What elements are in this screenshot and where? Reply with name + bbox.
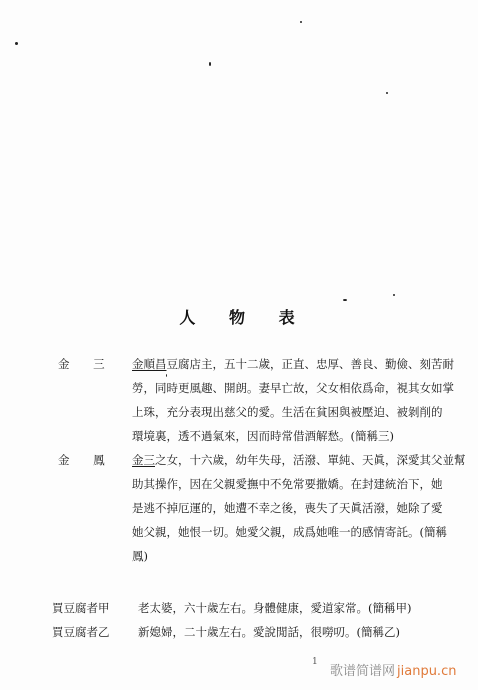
scan-speck [15,42,18,45]
watermark: 歌谱简谱网jianpu.cn [330,660,456,679]
character-description: 金順昌豆腐店主，五十二歲，正直、忠厚、善良、勤儉、刻苦耐 勞，同時更風趣、開朗。… [132,352,468,448]
character-name: 金 三 [58,352,115,376]
page-title: 人 物 表 [0,305,478,328]
scanned-page: 人 物 表 金 三 金順昌豆腐店主，五十二歲，正直、忠厚、善良、勤儉、刻苦耐 勞… [0,0,478,690]
watermark-english: jianpu.cn [397,664,456,679]
scan-speck [300,21,302,23]
description-line: 是逃不掉厄運的，她遭不幸之後，喪失了天眞活潑，她除了愛 [132,496,468,520]
description-line: 金順昌豆腐店主，五十二歲，正直、忠厚、善良、勤儉、刻苦耐 [132,352,468,376]
watermark-chinese: 歌谱简谱网 [330,664,395,679]
character-description: 老太婆，六十歲左右。身體健康，愛道家常。(簡稱甲) [138,596,474,620]
scan-speck [343,299,347,301]
description-line: 金三之女，十六歲，幼年失母，活潑、單純、天眞，深愛其父並幫 [132,448,468,472]
description-line: 鳳) [132,544,468,568]
description-line: 她父親，她恨一切。她愛父親，成爲她唯一的感情寄託。(簡稱 [132,520,468,544]
description-line: 老太婆，六十歲左右。身體健康，愛道家常。(簡稱甲) [138,596,474,620]
scan-speck [386,92,388,94]
character-description: 新媳婦，二十歲左右。愛說閒話，很嘮叨。(簡稱乙) [138,620,474,644]
character-name: 買豆腐者甲 [52,596,110,620]
character-name: 金 鳳 [58,448,115,472]
underlined-name: 金順昌 [132,357,167,371]
character-name: 買豆腐者乙 [52,620,110,644]
character-description: 金三之女，十六歲，幼年失母，活潑、單純、天眞，深愛其父並幫 助其操作，因在父親愛… [132,448,468,568]
description-line: 助其操作，因在父親愛撫中不免常要撒嬌。在封建統治下，她 [132,472,468,496]
description-line: 上珠，充分表現出慈父的愛。生活在貧困與被壓迫、被剝削的 [132,400,468,424]
description-line: 勞，同時更風趣、開朗。妻早亡故，父女相依爲命，視其女如掌 [132,376,468,400]
scan-speck [393,294,395,296]
underlined-name: 金三 [132,453,155,467]
scan-speck [209,62,211,66]
description-line: 新媳婦，二十歲左右。愛說閒話，很嘮叨。(簡稱乙) [138,620,474,644]
description-line: 環境裏，透不過氣來，因而時常借酒解愁。(簡稱三) [132,424,468,448]
page-number: 1 [312,657,318,667]
